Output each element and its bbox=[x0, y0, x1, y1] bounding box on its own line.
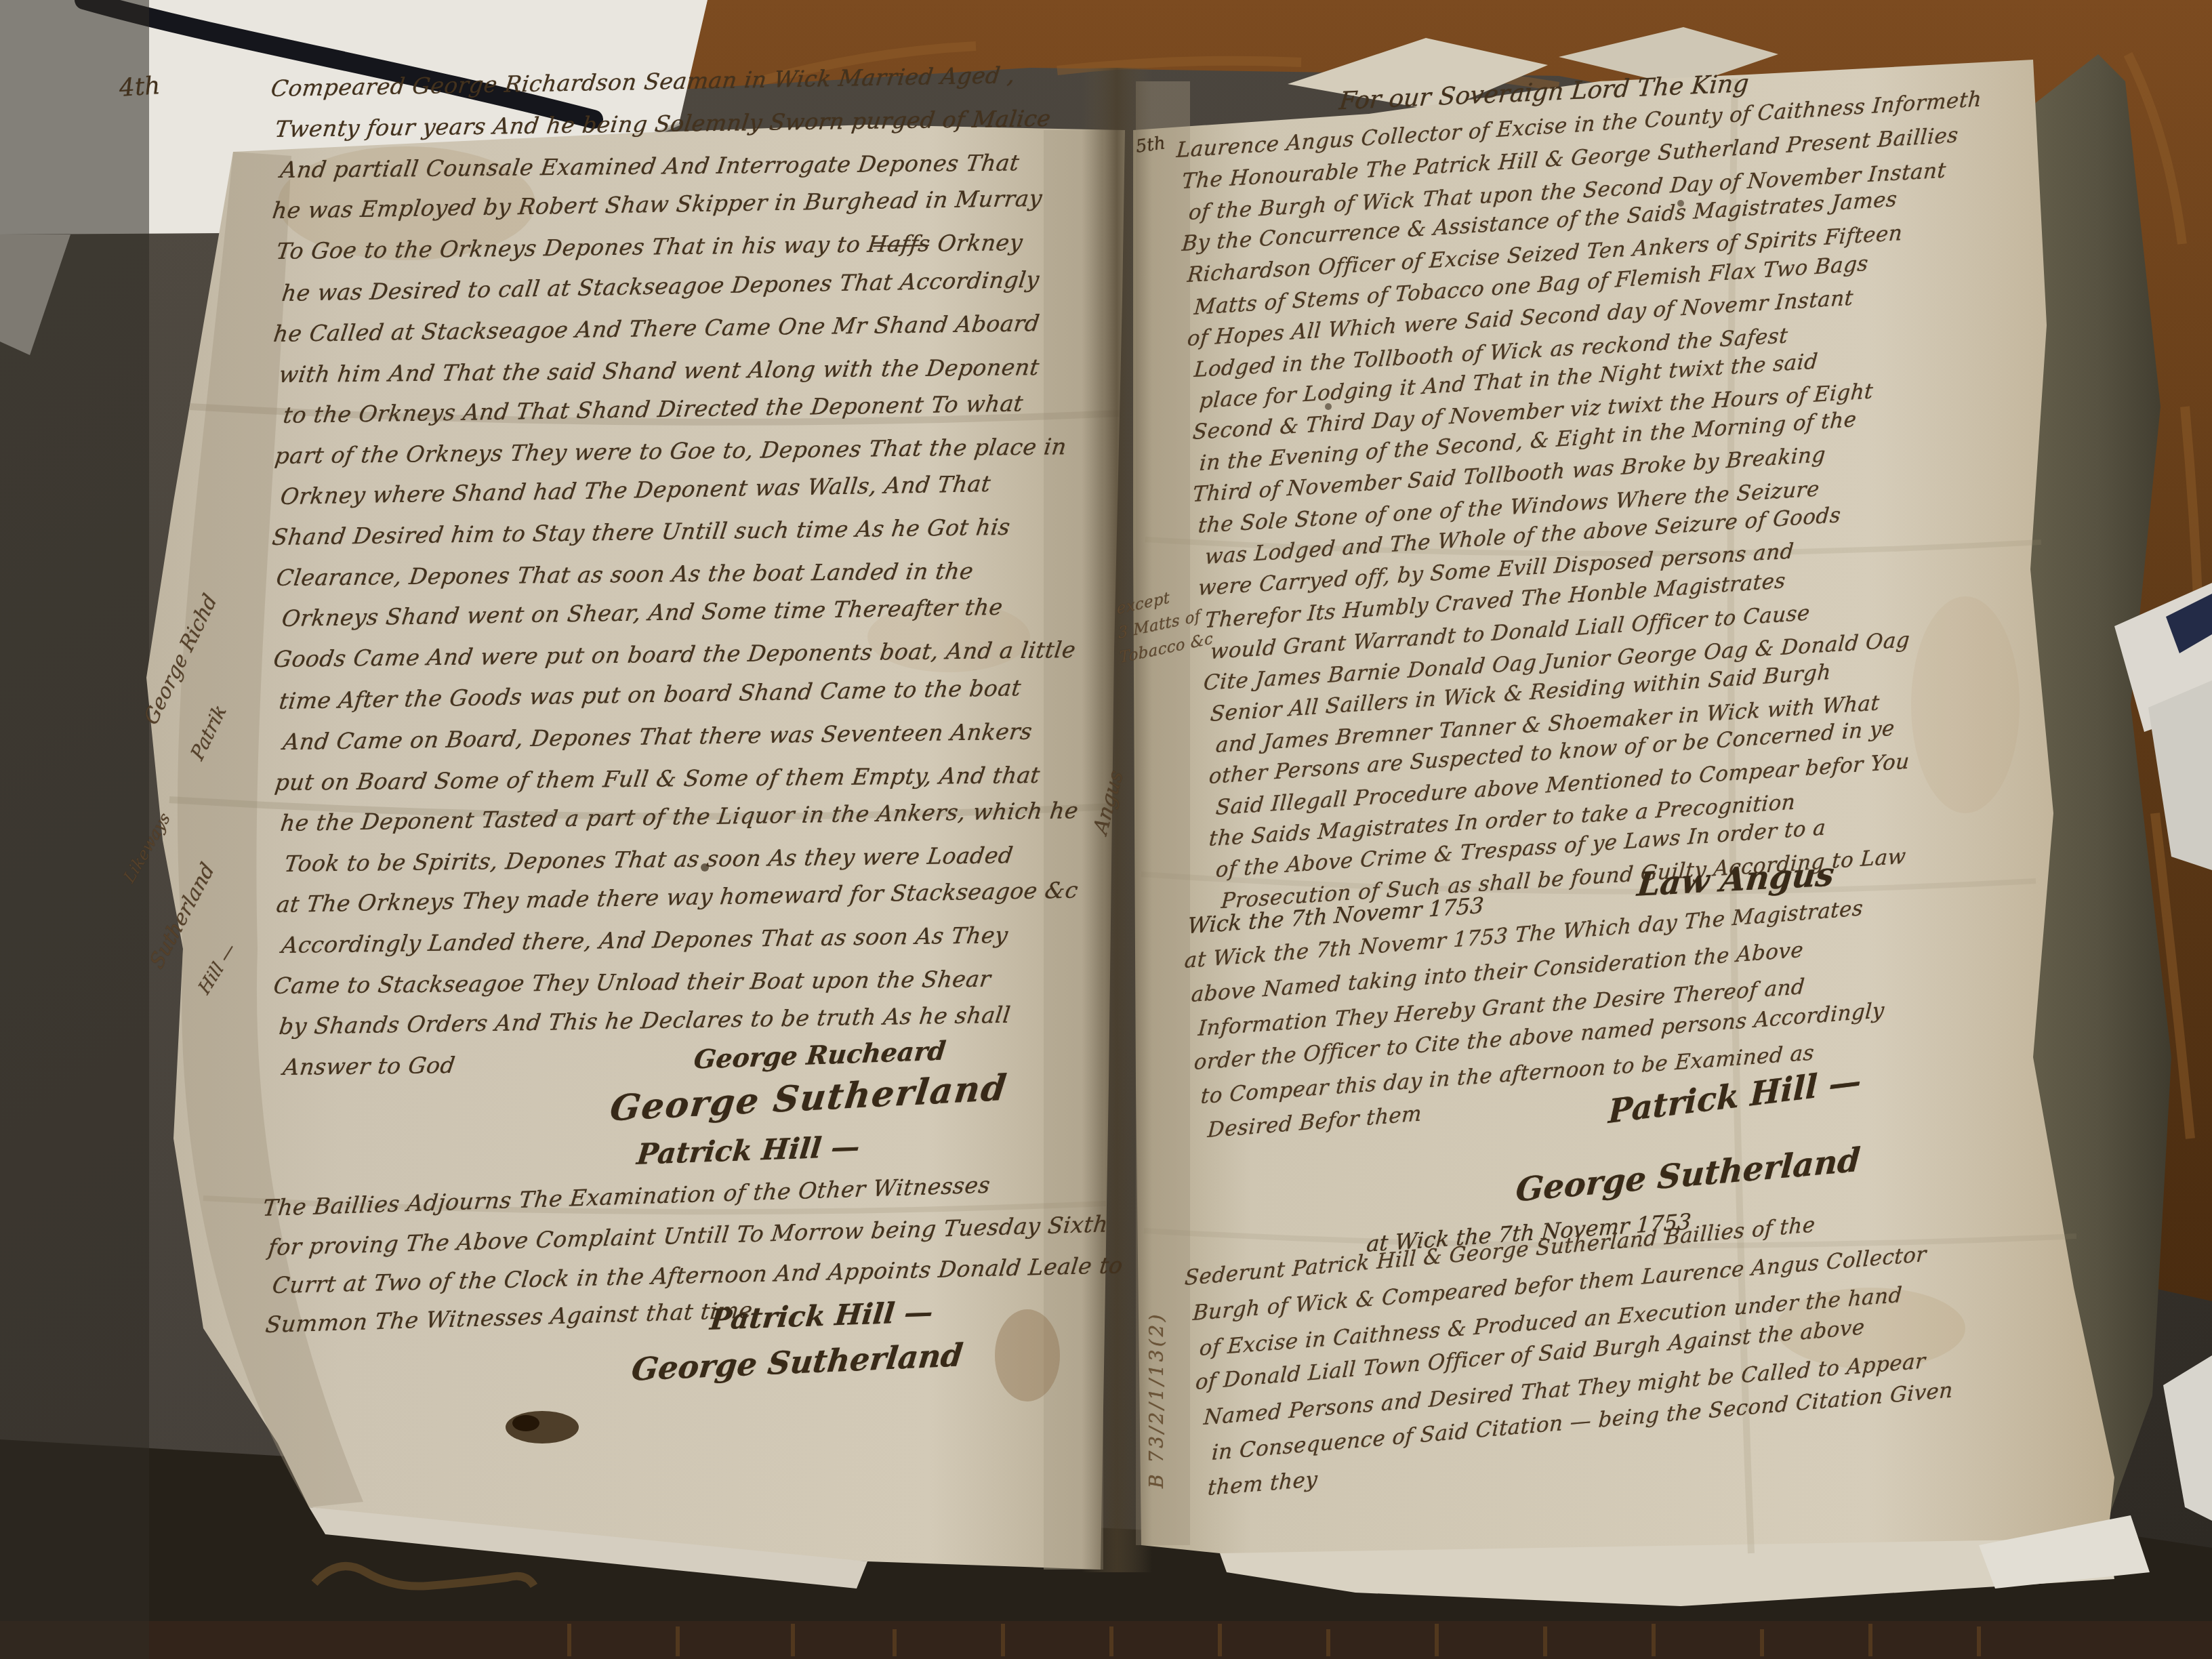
book-gutter bbox=[1082, 68, 1152, 1572]
ink-speck-1 bbox=[701, 863, 709, 872]
ink-speck-3 bbox=[1677, 200, 1684, 207]
photo-stage: 4th Compeared George Richardson Seaman i… bbox=[0, 0, 2212, 1659]
photo-background bbox=[0, 0, 2212, 1659]
photo-of-manuscript: 4th Compeared George Richardson Seaman i… bbox=[0, 0, 2212, 1659]
stain-left-page-lower bbox=[995, 1309, 1060, 1401]
ink-speck-2 bbox=[1325, 403, 1332, 410]
stain-right-page-edge bbox=[1911, 596, 2020, 813]
left-edge-shadow bbox=[0, 0, 149, 1659]
carpet-strip-bottom bbox=[0, 1621, 2212, 1659]
stain-top-left bbox=[278, 146, 535, 260]
stain-left-page-mid bbox=[867, 602, 1030, 672]
stain-right-page-lower bbox=[1776, 1288, 1965, 1369]
ink-blot-core bbox=[512, 1415, 539, 1431]
